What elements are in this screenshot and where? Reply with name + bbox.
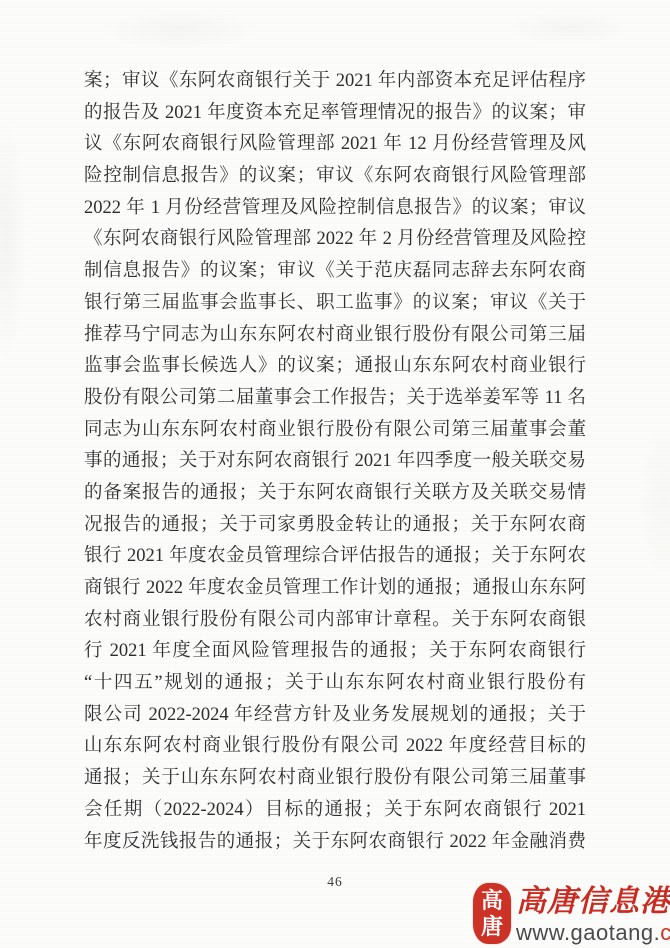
text-line: 制信息报告》的议案；审议《关于范庆磊同志辞去东阿农商 (84, 256, 586, 288)
text-line: 2022 年 1 月份经营管理及风险控制信息报告》的议案；审议 (84, 193, 586, 225)
watermark-url-suffix: cc (660, 920, 670, 945)
watermark-site-url: www.gaotang.cc (516, 921, 670, 944)
text-line: 案；审议《东阿农商银行关于 2021 年内部资本充足评估程序 (84, 66, 586, 98)
text-line: 同志为山东东阿农村商业银行股份有限公司第三届董事会董 (84, 415, 586, 447)
text-line: “十四五”规划的通报；关于山东东阿农村商业银行股份有 (84, 668, 586, 700)
text-line: 的备案报告的通报；关于东阿农商银行关联方及关联交易情 (84, 478, 586, 510)
text-line: 事的通报；关于对东阿农商银行 2021 年四季度一般关联交易 (84, 446, 586, 478)
text-line: 会任期（2022-2024）目标的通报；关于东阿农商银行 2021 (84, 795, 586, 827)
gaotang-seal-icon: 高 唐 (473, 883, 511, 944)
scanned-document-page: { "document": { "page_number": "46", "li… (0, 0, 670, 948)
text-line: 行 2021 年度全面风险管理报告的通报；关于东阿农商银行 (84, 636, 586, 668)
watermark-site-name: 高唐信息港 (516, 883, 670, 921)
text-line: 监事会监事长候选人》的议案；通报山东东阿农村商业银行 (84, 351, 586, 383)
text-line: 《东阿农商银行风险管理部 2022 年 2 月份经营管理及风险控 (84, 224, 586, 256)
text-line: 推荐马宁同志为山东东阿农村商业银行股份有限公司第三届 (84, 320, 586, 352)
text-line: 股份有限公司第二届董事会工作报告；关于选举姜军等 11 名 (84, 383, 586, 415)
text-line: 通报；关于山东东阿农村商业银行股份有限公司第三届董事 (84, 763, 586, 795)
text-line: 的报告及 2021 年度资本充足率管理情况的报告》的议案；审 (84, 98, 586, 130)
text-line: 商银行 2022 年度农金员管理工作计划的通报；通报山东东阿 (84, 573, 586, 605)
body-text: 案；审议《东阿农商银行关于 2021 年内部资本充足评估程序 的报告及 2021… (84, 66, 586, 858)
text-line: 银行第三届监事会监事长、职工监事》的议案；审议《关于 (84, 288, 586, 320)
text-line: 议《东阿农商银行风险管理部 2021 年 12 月份经营管理及风 (84, 129, 586, 161)
watermark-url-prefix: www.gaotang. (516, 920, 660, 945)
text-line: 农村商业银行股份有限公司内部审计章程。关于东阿农商银 (84, 605, 586, 637)
watermark-text-column: 高唐信息港 www.gaotang.cc (516, 883, 670, 944)
text-line: 年度反洗钱报告的通报；关于东阿农商银行 2022 年金融消费 (84, 827, 586, 859)
seal-char-bottom: 唐 (481, 914, 503, 940)
text-line: 银行 2021 年度农金员管理综合评估报告的通报；关于东阿农 (84, 541, 586, 573)
text-line: 况报告的通报；关于司家勇股金转让的通报；关于东阿农商 (84, 510, 586, 542)
gaotang-watermark: 高 唐 高唐信息港 www.gaotang.cc (473, 883, 670, 944)
text-line: 山东东阿农村商业银行股份有限公司 2022 年度经营目标的 (84, 731, 586, 763)
text-line: 险控制信息报告》的议案；审议《东阿农商银行风险管理部 (84, 161, 586, 193)
seal-char-top: 高 (481, 888, 503, 914)
text-line: 限公司 2022-2024 年经营方针及业务发展规划的通报；关于 (84, 700, 586, 732)
